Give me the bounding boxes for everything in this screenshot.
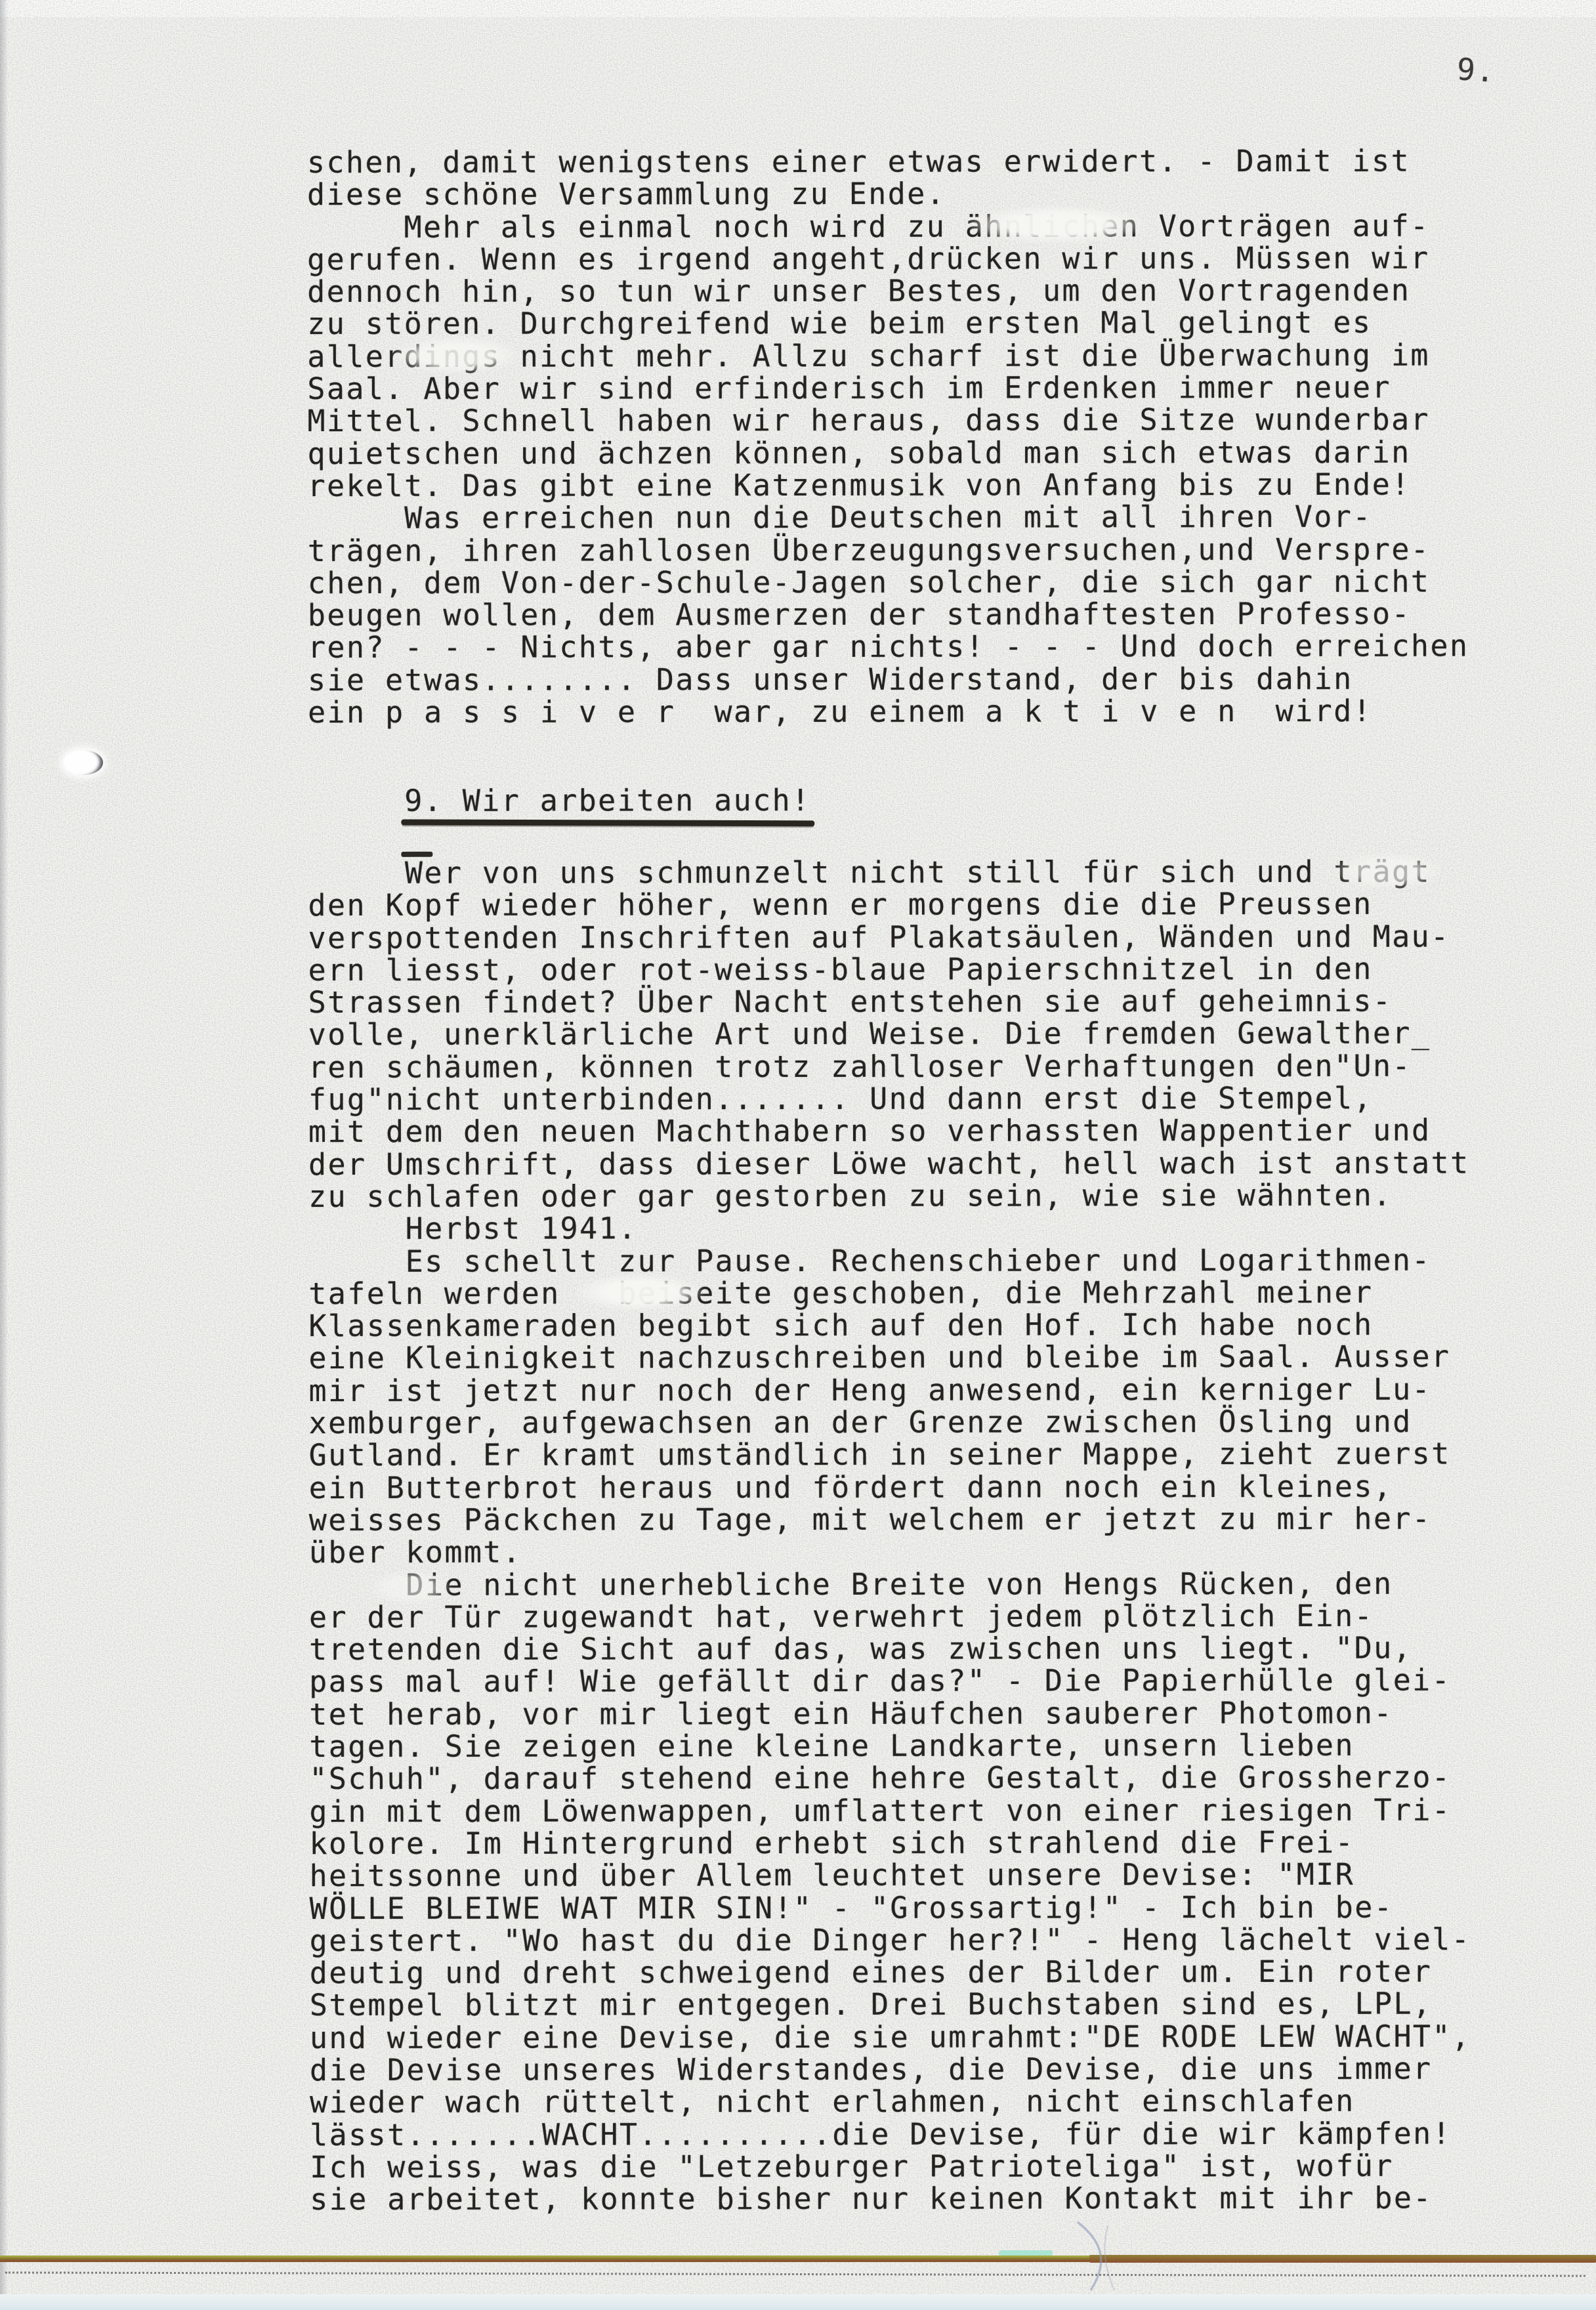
text-line: der Umschrift, dass dieser Löwe wacht, h…: [308, 1146, 1470, 1181]
text-line: eine Kleinigkeit nachzuschreiben und ble…: [308, 1341, 1470, 1375]
body-block-2: Wer von uns schmunzelt nicht still für s…: [308, 856, 1471, 2216]
text-line: heitssonne und über Allem leuchtet unser…: [309, 1858, 1471, 1893]
text-line: wieder wach rüttelt, nicht erlahmen, nic…: [310, 2085, 1471, 2119]
text-line: er der Tür zugewandt hat, verwehrt jedem…: [309, 1599, 1471, 1633]
text-line: Ich weiss, was die "Letzeburger Patriote…: [310, 2149, 1471, 2183]
text-line: tafeln werden beiseite geschoben, die Me…: [308, 1276, 1470, 1310]
text-line: weisses Päckchen zu Tage, mit welchem er…: [309, 1503, 1471, 1537]
heading-underline: [401, 819, 814, 826]
text-line: über kommt.: [309, 1535, 1471, 1569]
text-line: gin mit dem Löwenwappen, umflattert von …: [309, 1794, 1471, 1828]
text-line: dennoch hin, so tun wir unser Bestes, um…: [307, 274, 1469, 308]
text-line: Strassen findet? Über Nacht entstehen si…: [308, 985, 1470, 1019]
text-line: tretenden die Sicht auf das, was zwische…: [309, 1632, 1471, 1666]
text-line: Klassenkameraden begibt sich auf den Hof…: [308, 1309, 1470, 1343]
text-line: Die nicht unerhebliche Breite von Hengs …: [309, 1567, 1471, 1601]
text-line: fug"nicht unterbinden....... Und dann er…: [308, 1082, 1470, 1116]
text-line: ren? - - - Nichts, aber gar nichts! - - …: [308, 630, 1469, 664]
text-line: Mehr als einmal noch wird zu ähnlichen V…: [307, 209, 1469, 243]
text-line: beugen wollen, dem Ausmerzen der standha…: [308, 598, 1469, 632]
typewritten-text-layer: schen, damit wenigstens einer etwas erwi…: [0, 0, 1596, 2310]
text-line: ern liesst, oder rot-weiss-blaue Papiers…: [308, 952, 1470, 986]
text-line: Stempel blitzt mir entgegen. Drei Buchst…: [310, 1988, 1471, 2022]
text-line: Saal. Aber wir sind erfinderisch im Erde…: [307, 371, 1469, 406]
text-line: sie etwas........ Dass unser Widerstand,…: [308, 662, 1469, 696]
text-line: den Kopf wieder höher, wenn er morgens d…: [308, 888, 1469, 922]
text-line: schen, damit wenigstens einer etwas erwi…: [307, 145, 1469, 179]
text-line: Wer von uns schmunzelt nicht still für s…: [308, 856, 1469, 890]
scanned-document-page: 9. schen, damit wenigstens einer etwas e…: [0, 0, 1596, 2310]
text-line: ein Butterbrot heraus und fördert dann n…: [309, 1470, 1471, 1504]
text-line: pass mal auf! Wie gefällt dir das?" - Di…: [309, 1664, 1471, 1698]
text-line: gerufen. Wenn es irgend angeht,drücken w…: [307, 241, 1469, 276]
text-line: zu stören. Durchgreifend wie beim ersten…: [307, 306, 1469, 341]
text-line: kolore. Im Hintergrund erhebt sich strah…: [309, 1826, 1471, 1860]
text-line: mir ist jetzt nur noch der Heng anwesend…: [308, 1373, 1470, 1407]
text-line: Herbst 1941.: [308, 1211, 1470, 1246]
text-line: verspottenden Inschriften auf Plakatsäul…: [308, 920, 1470, 954]
text-line: zu schlafen oder gar gestorben zu sein, …: [308, 1179, 1470, 1213]
text-line: volle, unerklärliche Art und Weise. Die …: [308, 1017, 1470, 1051]
text-line: Mittel. Schnell haben wir heraus, dass d…: [307, 404, 1469, 438]
text-line: ren schäumen, können trotz zahlloser Ver…: [308, 1049, 1470, 1083]
text-line: diese schöne Versammlung zu Ende.: [307, 177, 1469, 211]
text-line: quietschen und ächzen können, sobald man…: [307, 436, 1469, 470]
section-heading: 9. Wir arbeiten auch!: [404, 783, 810, 818]
text-line: sie arbeitet, konnte bisher nur keinen K…: [310, 2182, 1471, 2216]
text-line: rekelt. Das gibt eine Katzenmusik von An…: [308, 469, 1469, 503]
text-line: xemburger, aufgewachsen an der Grenze zw…: [309, 1406, 1471, 1440]
text-line: trägen, ihren zahllosen Überzeugungsvers…: [308, 533, 1469, 567]
text-line: deutig und dreht schweigend eines der Bi…: [310, 1956, 1471, 1990]
text-line: und wieder eine Devise, die sie umrahmt:…: [310, 2020, 1471, 2054]
text-line: chen, dem Von-der-Schule-Jagen solcher, …: [308, 565, 1469, 599]
bottom-olive-rule-right: [1089, 2255, 1596, 2263]
text-line: Was erreichen nun die Deutschen mit all …: [308, 501, 1469, 535]
text-line: Es schellt zur Pause. Rechenschieber und…: [308, 1244, 1470, 1278]
body-block-1: schen, damit wenigstens einer etwas erwi…: [307, 145, 1469, 729]
text-line: allerdings nicht mehr. Allzu scharf ist …: [307, 339, 1469, 373]
text-line: tagen. Sie zeigen eine kleine Landkarte,…: [309, 1729, 1471, 1763]
text-line: "Schuh", darauf stehend eine hehre Gesta…: [309, 1761, 1471, 1795]
bottom-scan-band: [0, 2294, 1596, 2310]
text-line: mit dem den neuen Machthabern so verhass…: [308, 1114, 1470, 1148]
text-line: die Devise unseres Widerstandes, die Dev…: [310, 2053, 1471, 2087]
text-line: geistert. "Wo hast du die Dinger her?!" …: [310, 1923, 1471, 1957]
text-line: tet herab, vor mir liegt ein Häufchen sa…: [309, 1696, 1471, 1731]
text-line: Gutland. Er kramt umständlich in seiner …: [309, 1438, 1471, 1472]
text-line: WÖLLE BLEIWE WAT MIR SIN!" - "Grossartig…: [310, 1891, 1471, 1925]
text-line: lässt.......WACHT..........die Devise, f…: [310, 2117, 1471, 2151]
text-line: ein p a s s i v e r war, zu einem a k t …: [308, 695, 1469, 729]
